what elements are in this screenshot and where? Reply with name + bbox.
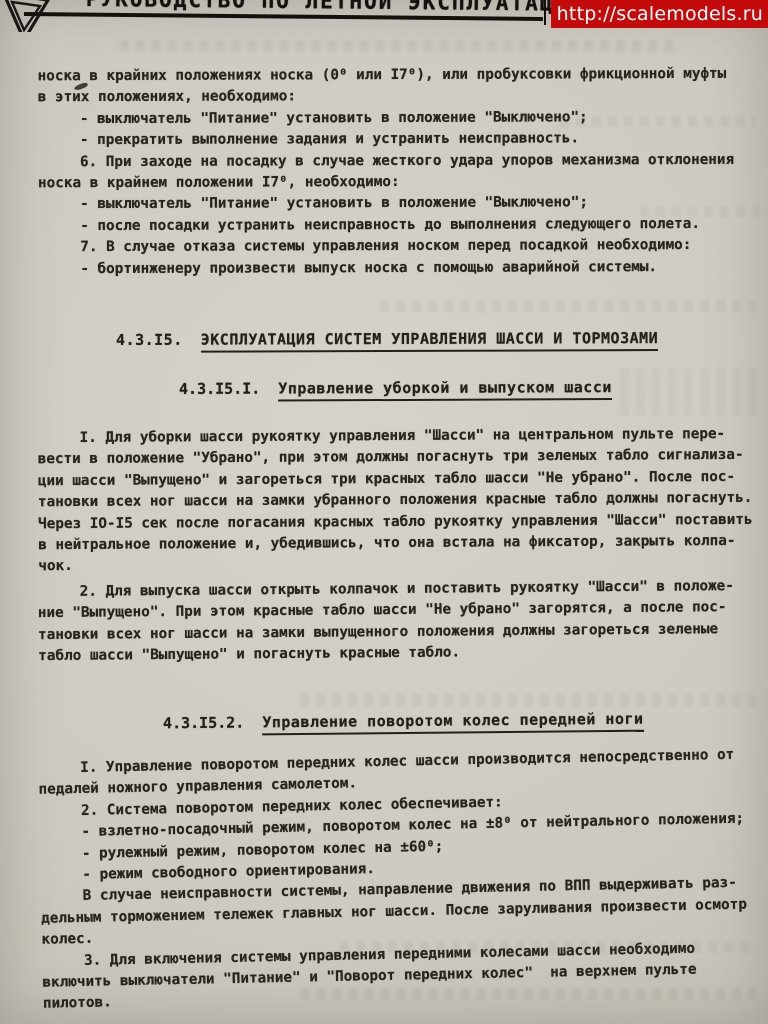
subsection-title: Управление уборкой и выпуском шасси [278,378,612,401]
subsection-heading-4-3-15-2: 4.3.I5.2.Управление поворотом колес пере… [163,710,644,733]
subsection-number: 4.3.I5.2. [163,714,244,733]
text-line: носка в крайнем положении I7⁰, необходим… [38,173,756,197]
subsection-number: 4.3.I5.I. [179,380,260,398]
text-line: 6. При заходе на посадку в случае жестко… [38,151,756,175]
nose-wheel-steering-paragraphs: I. Управление поворотом передних колес ш… [38,746,761,1017]
bleed-through-smudge [120,40,680,52]
text-line: - прекратить выполнение задания и устран… [38,130,756,154]
bleed-through-smudge [560,116,756,127]
text-line: - после посадки устранить неисправность … [38,215,756,239]
bleed-through-smudge [620,368,760,416]
header-vertical-rule [544,0,546,25]
watermark-url-text: http://scalemodels.ru [557,3,763,25]
bleed-through-smudge [300,988,756,1000]
section-number: 4.3.I5. [116,331,183,349]
gear-extension-paragraph: 2. Для выпуска шасси открыть колпачок и … [38,578,757,670]
intro-paragraphs: носка в крайних положениях носка (0⁰ или… [38,66,757,282]
text-line: 7. В случае отказа системы управления но… [38,237,756,261]
bleed-through-smudge [380,300,756,312]
subsection-title: Управление поворотом колес передней ноги [262,710,643,736]
text-line: в этих положениях, необходимо: [38,87,756,111]
bleed-through-smudge [300,694,756,706]
section-title: ЭКСПЛУАТАЦИЯ СИСТЕМ УПРАВЛЕНИЯ ШАССИ И Т… [201,329,659,353]
scanned-document-page: РУКОВОДСТВО ПО ЛЕТНОЙ ЭКСПЛУАТАЦИИ http:… [0,0,768,1024]
gear-retraction-paragraph: I. Для уборки шасси рукоятку управления … [38,426,757,580]
bleed-through-smudge [640,206,760,217]
bleed-through-smudge [340,942,756,953]
text-line: носка в крайних положениях носка (0⁰ или… [38,66,756,90]
watermark-banner: http://scalemodels.ru [551,0,768,28]
section-heading-4-3-15: 4.3.I5.ЭКСПЛУАТАЦИЯ СИСТЕМ УПРАВЛЕНИЯ ША… [116,329,658,349]
subsection-heading-4-3-15-1: 4.3.I5.I.Управление уборкой и выпуском ш… [179,378,612,398]
text-line: чок. [38,554,756,580]
text-line: - бортинженеру произвести выпуск носка с… [38,258,756,282]
